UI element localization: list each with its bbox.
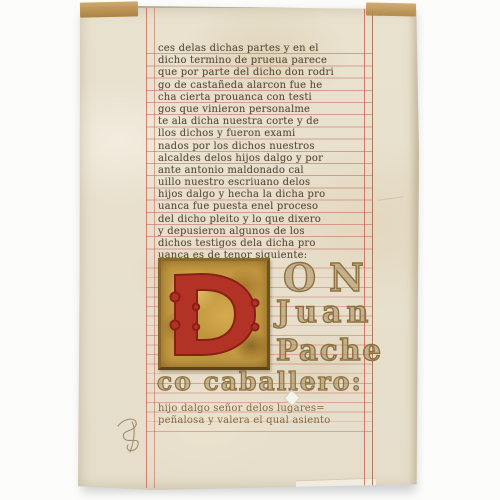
initial-letter-d-glyph [163, 263, 265, 365]
manuscript-line: nados por los dichos nuestros [158, 141, 365, 153]
mounting-tape-top-right [366, 2, 416, 16]
manuscript-line: go de castañeda alarcon fue he [158, 80, 365, 92]
manuscript-line: llos dichos y fueron exami [158, 128, 365, 140]
show-through-mark [378, 196, 405, 207]
manuscript-line: hijos dalgo y hecha la dicha pro [158, 189, 365, 201]
manuscript-line: te ala dicha nuestra corte y de [158, 116, 365, 128]
manuscript-line: ante antonio maldonado cal [158, 165, 365, 177]
manuscript-leaf: ces delas dichas partes y en el dicho te… [78, 6, 419, 490]
manuscript-line: del dicho pleito y lo que dixero [158, 214, 365, 226]
mounting-tape-top-left [80, 1, 138, 17]
pen-flourish-icon [112, 412, 148, 458]
leaf-right-edge-shade [409, 6, 419, 490]
manuscript-line: alcaldes delos hijos dalgo y por [158, 153, 365, 165]
display-line-juan: Juan [276, 295, 373, 330]
closing-text-block: hijo dalgo señor delos lugares= peñalosa… [158, 403, 366, 426]
manuscript-line: ces delas dichas partes y en el [158, 43, 365, 55]
manuscript-line: gos que vinieron personalme [158, 104, 365, 116]
display-line-pache: Pache [276, 333, 383, 367]
illuminated-initial-d [158, 258, 270, 370]
manuscript-text-block: ces delas dichas partes y en el dicho te… [158, 43, 365, 262]
manuscript-line: hijo dalgo señor delos lugares= [158, 403, 366, 415]
manuscript-line: peñalosa y valera el qual asiento [158, 415, 366, 427]
manuscript-line: y depusieron algunos de los [158, 226, 365, 238]
manuscript-line: cha cierta prouanca con testi [158, 92, 365, 104]
manuscript-line: uillo nuestro escriuano delos [158, 177, 365, 189]
manuscript-line: dichos testigos dela dicha pro [158, 238, 365, 250]
manuscript-line: que por parte del dicho don rodri [158, 67, 365, 79]
photo-background: ces delas dichas partes y en el dicho te… [0, 0, 500, 500]
manuscript-line: uanca fue puesta enel proceso [158, 201, 365, 213]
display-line-on: ON [283, 255, 377, 300]
display-line-caballero: co caballero: [157, 367, 363, 396]
manuscript-line: dicho termino de prueua parece [158, 55, 365, 67]
